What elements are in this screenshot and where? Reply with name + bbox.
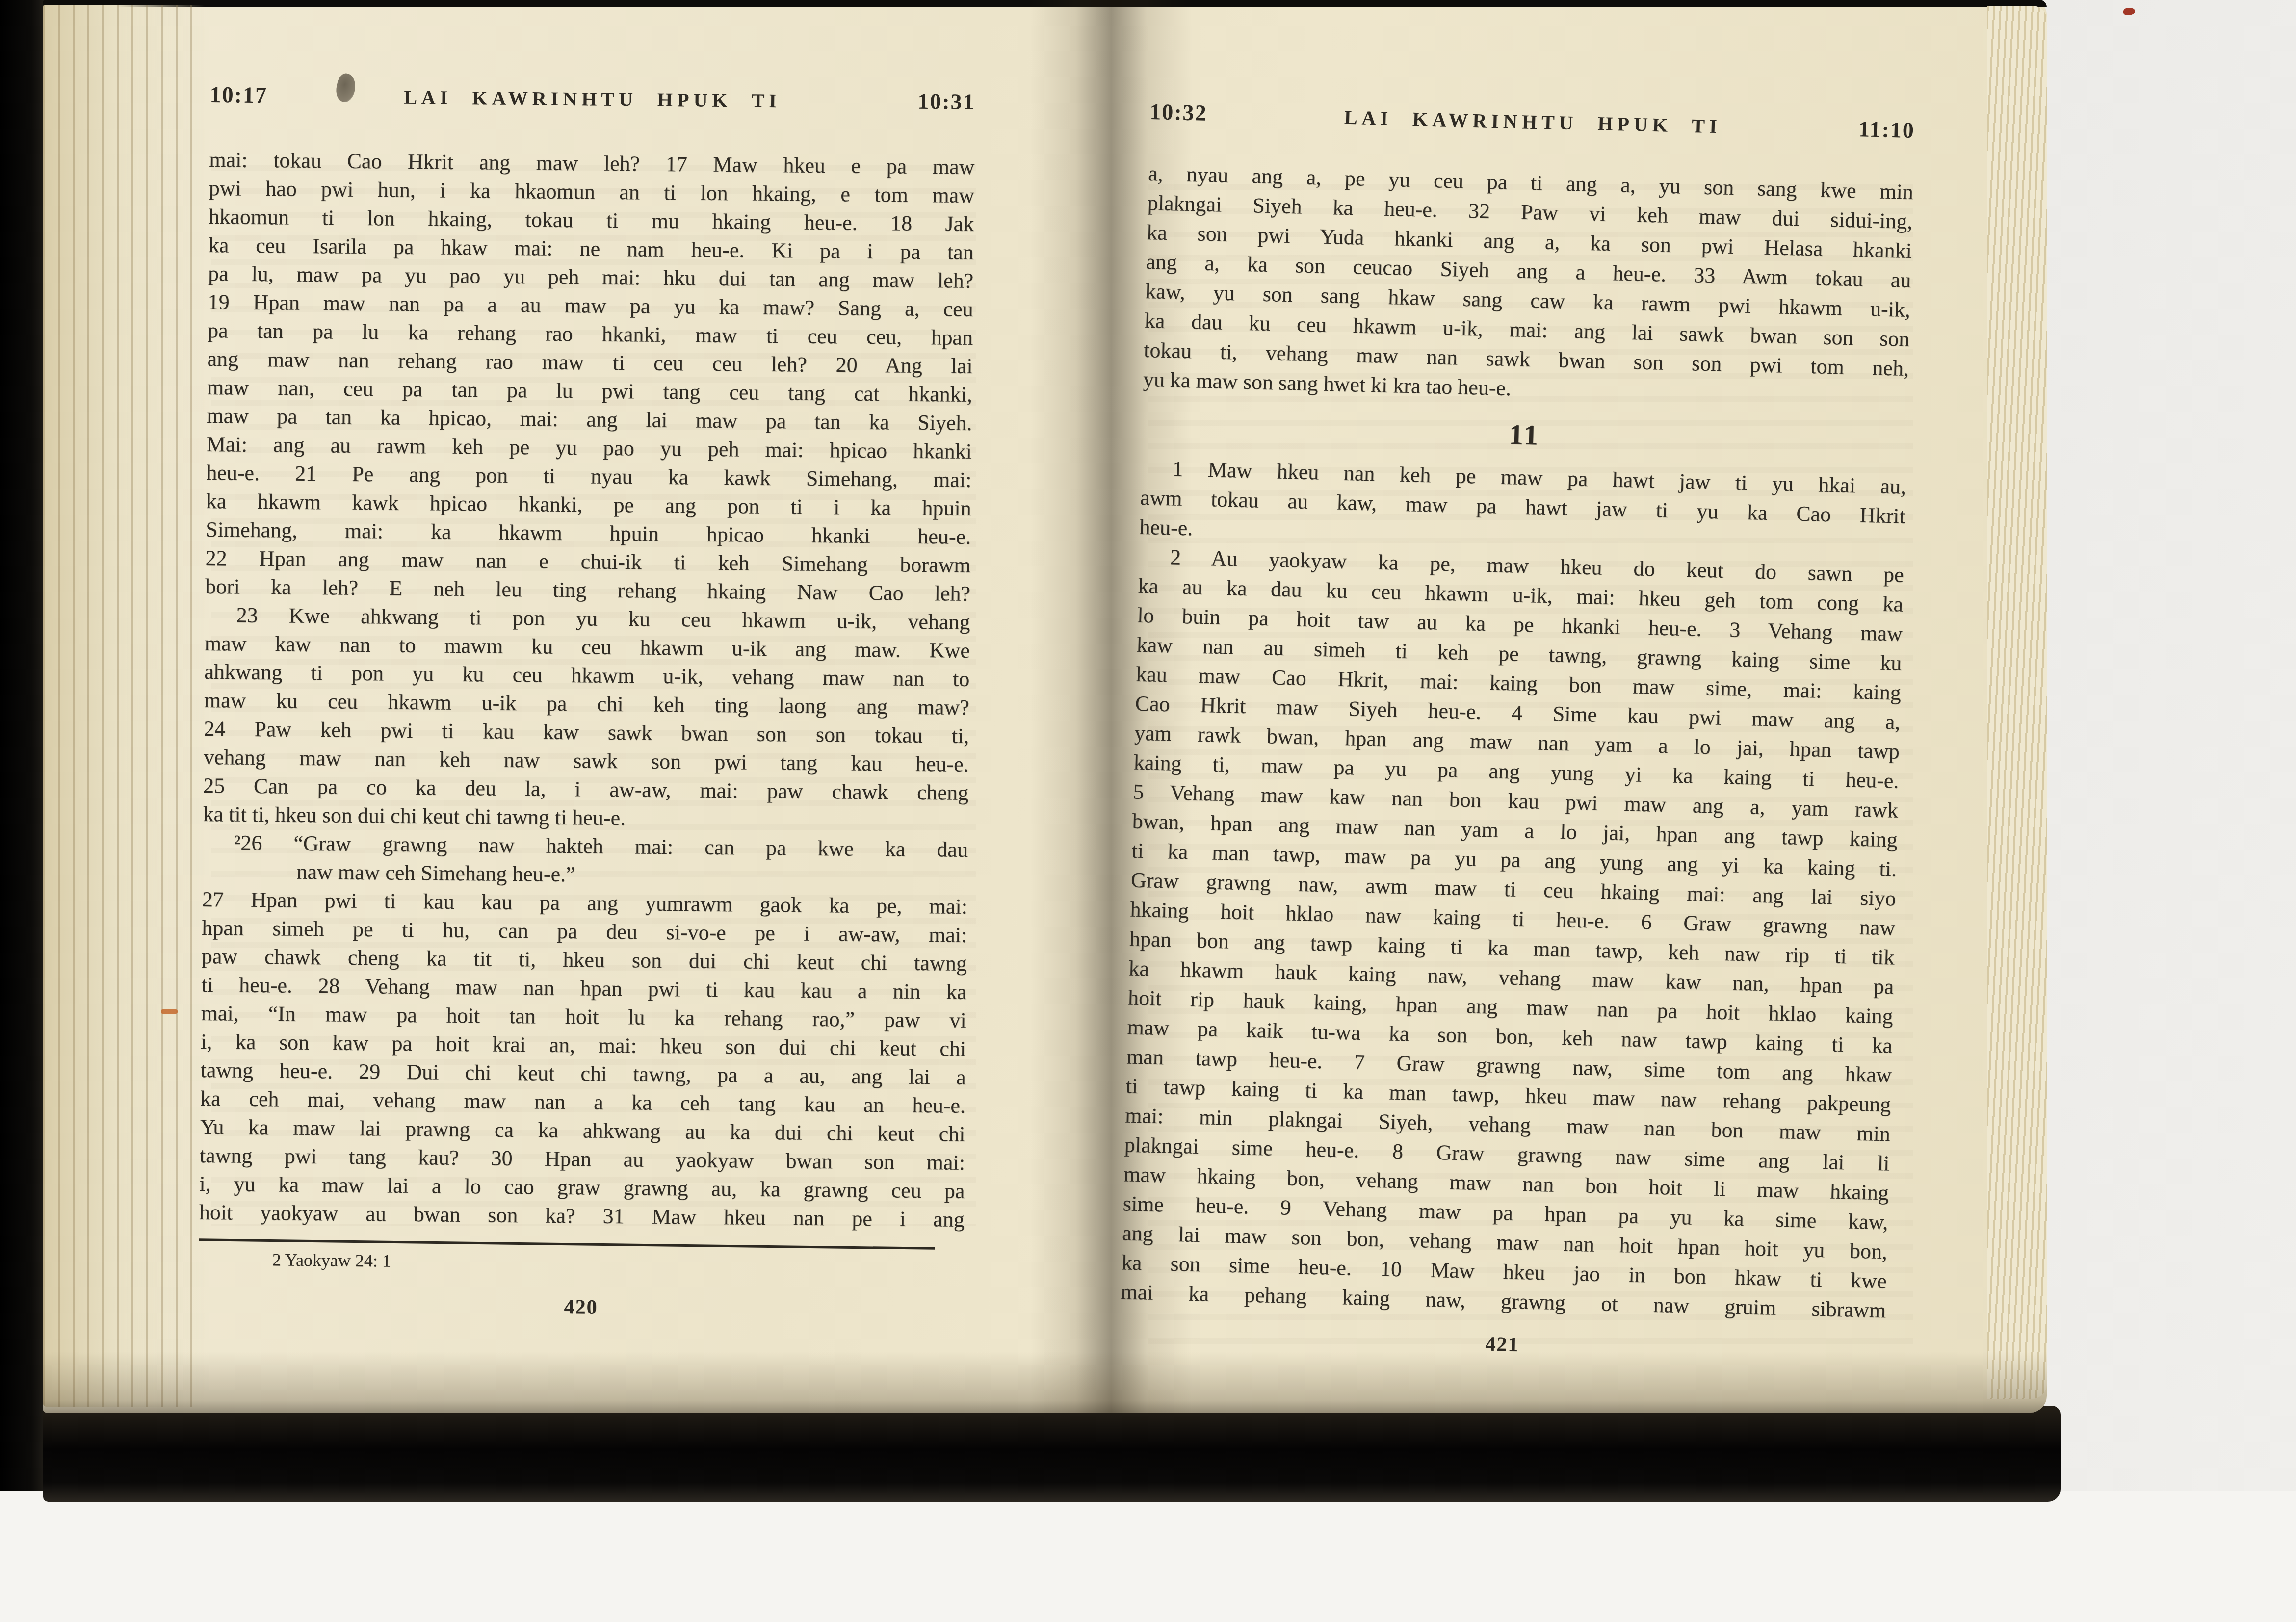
scan-left-black-edge [0, 0, 45, 1500]
footnote-reference: 2 Yaokyaw 24: 1 [199, 1249, 964, 1277]
right-page-text-column-top: a, nyau ang a, pe yu ceu pa ti ang a, yu… [1143, 159, 1913, 413]
right-page-text-column-bottom: 1 Maw hkeu nan keh pe maw pa hawt jaw ti… [1121, 454, 1906, 1326]
right-running-header: 10:32 LAI KAWRINHTU HPUK TI 11:10 [1149, 98, 1915, 143]
left-page-number: 420 [198, 1292, 964, 1323]
right-header-book-title: LAI KAWRINHTU HPUK TI [1344, 103, 1722, 138]
left-header-book-title: LAI KAWRINHTU HPUK TI [404, 83, 781, 112]
page-edges-right-stack [1987, 6, 2047, 1399]
right-header-verse-ref-left: 10:32 [1149, 99, 1208, 126]
left-running-header: 10:17 LAI KAWRINHTU HPUK TI 10:31 [209, 81, 975, 115]
right-page: 10:32 LAI KAWRINHTU HPUK TI 11:10 a, nya… [1120, 98, 1915, 1365]
chapter-number-heading: 11 [1142, 409, 1907, 461]
left-page-text-column: mai: tokau Cao Hkrit ang maw leh? 17 Maw… [199, 146, 975, 1234]
right-header-verse-ref-right: 11:10 [1858, 116, 1915, 143]
book-cover-bottom-edge [43, 1406, 2061, 1502]
page-edges-left-stack [43, 5, 205, 1407]
left-header-verse-ref-left: 10:17 [209, 81, 267, 108]
footnote-divider-rule [199, 1238, 935, 1250]
left-page: 10:17 LAI KAWRINHTU HPUK TI 10:31 mai: t… [198, 81, 975, 1323]
left-header-verse-ref-right: 10:31 [917, 88, 975, 115]
page-bottom-curl-shadow [43, 1352, 2047, 1413]
scanner-bed-bottom [0, 1491, 2296, 1622]
red-speck-blemish [2123, 8, 2135, 15]
orange-mark-blemish [161, 1009, 178, 1014]
open-book-spread: 10:17 LAI KAWRINHTU HPUK TI 10:31 mai: t… [43, 0, 2047, 1413]
